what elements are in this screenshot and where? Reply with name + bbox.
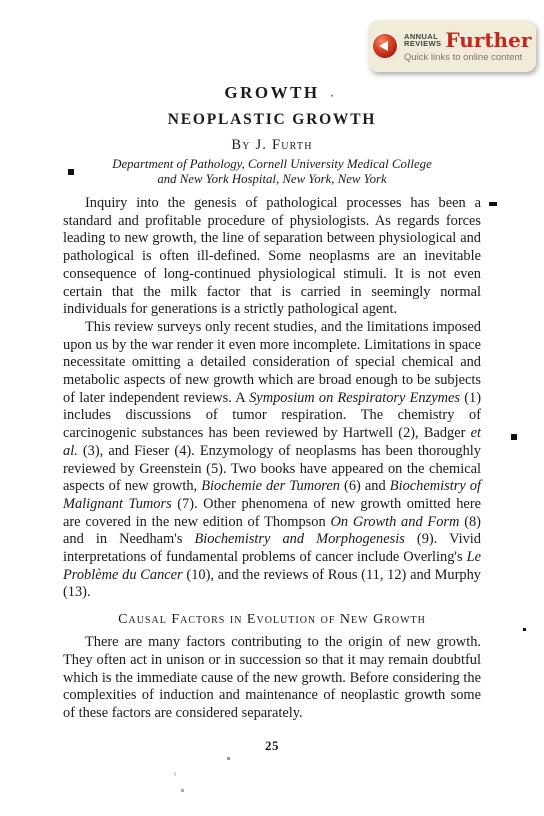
paragraph-1: Inquiry into the genesis of pathological… (63, 195, 481, 319)
article-page: GROWTH , NEOPLASTIC GROWTH By J. Furth D… (63, 84, 481, 754)
badge-text-block: ANNUAL REVIEWS Further Quick links to on… (404, 30, 531, 63)
scan-mark-left-square (68, 169, 74, 175)
further-wordmark: Further (445, 30, 531, 50)
scan-speck (174, 772, 176, 776)
left-triangle-glyph (379, 41, 388, 51)
scan-speck (181, 789, 184, 792)
article-title: NEOPLASTIC GROWTH (63, 112, 481, 128)
back-arrow-icon (373, 34, 397, 58)
running-title: GROWTH (63, 84, 481, 102)
scan-speck (227, 757, 230, 760)
paragraph-2: This review surveys only recent studies,… (63, 319, 481, 602)
page-number: 25 (63, 738, 481, 754)
badge-top-row: ANNUAL REVIEWS Further (404, 30, 531, 50)
affiliation-line-2: and New York Hospital, New York, New Yor… (63, 172, 481, 187)
annual-reviews-further-badge[interactable]: ANNUAL REVIEWS Further Quick links to on… (368, 20, 536, 72)
scan-mark-right-dot (523, 628, 526, 631)
author-byline: By J. Furth (63, 138, 481, 153)
section-heading: Causal Factors in Evolution of New Growt… (63, 612, 481, 627)
affiliation-line-1: Department of Pathology, Cornell Univers… (63, 157, 481, 172)
paragraph-3: There are many factors contributing to t… (63, 634, 481, 723)
scan-mark-right-dash (489, 202, 497, 206)
annual-reviews-logotype: ANNUAL REVIEWS (404, 33, 441, 50)
scan-mark-right-square (511, 434, 517, 440)
badge-tagline: Quick links to online content (404, 52, 531, 63)
scan-comma-artifact: , (331, 89, 336, 95)
brand-line-reviews: REVIEWS (404, 40, 441, 48)
